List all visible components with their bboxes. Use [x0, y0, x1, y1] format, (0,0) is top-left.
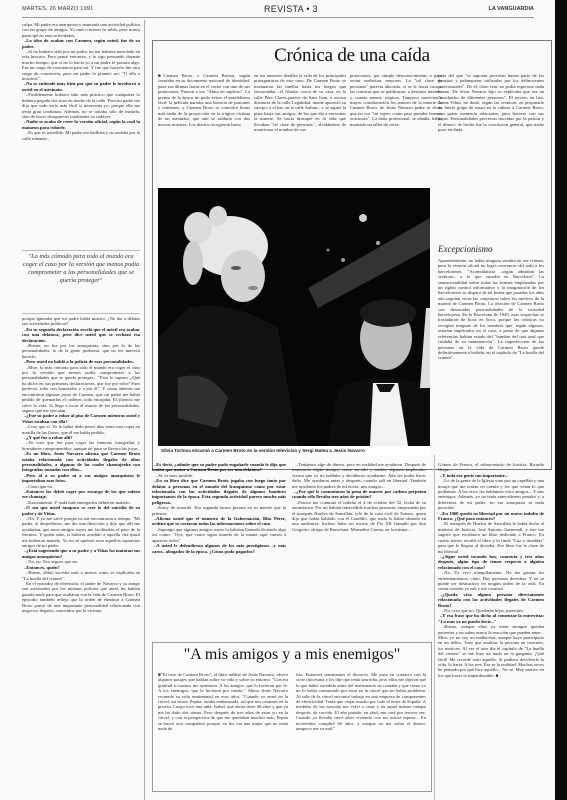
question: –¿Queda viva alguna persona directamente… — [438, 592, 544, 608]
top-article-column-4-continued: Aparentemente, no había ninguna sombra e… — [438, 258, 544, 444]
question: –¿Está sugiriendo que a su padre y a Viñ… — [22, 548, 140, 559]
paragraph: –No. Y yo me salvé porque no me encontra… — [22, 516, 140, 548]
question: –No se entiende muy bien por qué su padr… — [22, 81, 140, 92]
interview-column-middle-1: –Es decir, ¿admite que su padre pudo eng… — [152, 462, 286, 642]
question: –Nadie se acaba de creer la versión ofic… — [22, 119, 140, 130]
page-header: MARTES, 26 MARZO 1991 REVISTA • 3 LA VAN… — [22, 2, 534, 16]
photo-illustration — [158, 188, 430, 446]
header-date: MARTES, 26 MARZO 1991 — [22, 6, 93, 12]
bottom-article-column-1: ■"El caso de Carmen Broto", el libro iné… — [158, 672, 288, 790]
paragraph: Gómez de Franco, el subsecretario de Jus… — [438, 462, 544, 473]
header-section: REVISTA • 3 — [264, 4, 318, 14]
top-article-column-1: ■Carmen Broto, o Carmen Broton, según co… — [158, 73, 250, 183]
question: –Es un libro, Jesús Navarro afirma que C… — [22, 451, 140, 473]
question: –En 1960 quedó en libertad por un nuevo … — [438, 511, 544, 522]
question: –En su segunda declaración reveló que el… — [22, 327, 140, 343]
newspaper-page: MARTES, 26 MARZO 1991 REVISTA • 3 LA VAN… — [0, 0, 555, 800]
question: –Es decir, ¿admite que su padre pudo eng… — [152, 462, 286, 473]
paragraph: –Estoy de acuerdo. Esa segunda faceta pe… — [152, 505, 286, 516]
top-article-title: Crónica de una caída — [152, 45, 552, 67]
paragraph: –Bueno, aunque ellos ya están siempre qu… — [438, 624, 544, 678]
header-newspaper-name: LA VANGUARDIA — [488, 6, 534, 12]
paragraph: –Mire, lo más cómodo para todo el mundo … — [22, 365, 140, 414]
paragraph: –Si no hubiera sido por mi padre, no me … — [22, 49, 140, 81]
bottom-article-title: "A mis amigos y a mis enemigos" — [152, 646, 432, 664]
top-article-column-2: en los menores detalles la vida de los p… — [254, 73, 346, 183]
paragraph: –No. Yo vivo tranquilamente. No me gusta… — [438, 570, 544, 592]
pullquote-rule-top — [22, 250, 140, 251]
question: –Afirma usted que el ministro de la Gobe… — [152, 516, 286, 527]
question: –Pero al a su padre ni a sus amigos anar… — [22, 473, 140, 484]
paragraph: –Yo creo que fue para coger las famosas … — [22, 440, 140, 451]
question: –Entonces los debió coger por encargo de… — [22, 489, 140, 500]
photo-caption: Silvia Tortosa encarnó a Carmen Broto en… — [158, 446, 430, 456]
question: –En su libro dice que Carmen Broto jugab… — [152, 478, 286, 505]
paragraph: culpa. Mi padre era anarquista y mantení… — [22, 22, 140, 38]
pullquote-rule-bottom — [22, 313, 140, 314]
interview-column-right: Gómez de Franco, el subsecretario de Jus… — [438, 462, 544, 798]
paragraph: –El marqués de Huelva de Sancillán le ha… — [438, 521, 544, 553]
paragraph: –Supongo que algunos amigos suyos lo hab… — [152, 527, 286, 543]
left-column-bottom: porque ignoraba que mi padre había muert… — [22, 316, 140, 796]
question: –Pero usted no habló a la policía de esa… — [22, 359, 140, 364]
header-rule — [22, 17, 534, 18]
paragraph: –Creo que sí. Yo le había dado pesos día… — [22, 424, 140, 435]
question: –¿Sigue usted tocando hoy, cuarenta y tr… — [438, 554, 544, 570]
left-column-top: culpa. Mi padre era anarquista y mantení… — [22, 22, 140, 250]
article-photo — [158, 188, 430, 446]
interview-column-middle-2: –Teníamos algo de dinero, pero en realid… — [292, 462, 426, 642]
question: –Y esa frase que ha dicho al comenzar la… — [438, 613, 544, 624]
left-column-text: culpa. Mi padre era anarquista y mantení… — [22, 22, 140, 798]
bottom-article-column-2: fría. Entonces tramitamos el divorcio. M… — [296, 672, 426, 790]
paragraph: –Lo de la gente de la Iglesia vino por u… — [438, 478, 544, 510]
paragraph: –Teníamos algo de dinero, pero en realid… — [292, 462, 426, 489]
pullquote: "Lo más cómodo para todo el mundo era co… — [22, 253, 140, 309]
column-rule — [434, 455, 435, 800]
column-rule — [144, 20, 145, 800]
paragraph: –Es que es increíble. Mi padre era batll… — [22, 130, 140, 141]
paragraph: porque ignoraba que mi padre había muert… — [22, 316, 140, 327]
top-article-column-4: jería del que "se suponía proveían buena… — [438, 73, 544, 243]
question: –La idea de acabar con Carmen, según ust… — [22, 38, 140, 49]
paragraph: –Bueno, no fue por los anarquistas, sino… — [22, 343, 140, 359]
question: –¿Por qué le conmutaron la pena de muert… — [292, 489, 426, 500]
top-article-subhead: Excepcionismo — [438, 244, 492, 254]
paragraph: En el episodio de televisión, el padre d… — [22, 581, 140, 613]
paragraph: –Franco me conmutó el indulto el 4 de oc… — [292, 500, 426, 532]
question: –¿Fue su padre a robar al piso de Carmen… — [22, 413, 140, 424]
question: –A usted le defendieron algunos de los m… — [152, 543, 286, 554]
paragraph: –Posiblemente hubiera sido más práctico … — [22, 92, 140, 119]
top-article-column-3: protectores, por simple desconocimiento … — [350, 73, 442, 183]
question: –O sea que usted tampoco se cree lo del … — [22, 505, 140, 516]
scan-edge — [555, 0, 567, 800]
paragraph: –Bueno, debió suceder más o menos como s… — [22, 570, 140, 581]
